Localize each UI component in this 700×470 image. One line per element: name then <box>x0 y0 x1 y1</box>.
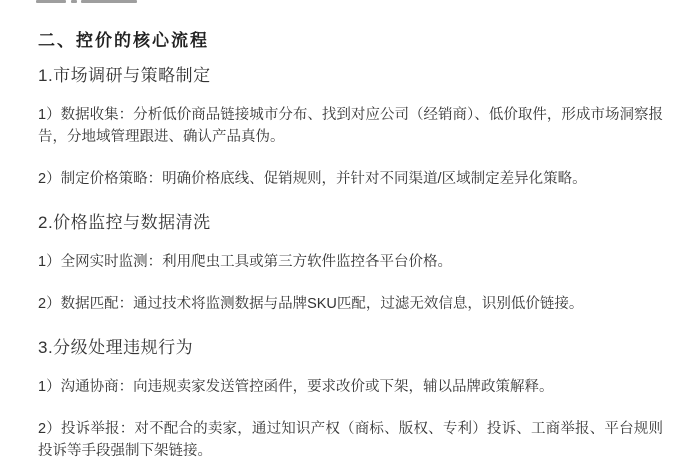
subsection-title-price-monitoring: 2.价格监控与数据清洗 <box>38 212 663 234</box>
subsection-title-market-research: 1.市场调研与策略制定 <box>38 65 663 87</box>
clipped-glyph-fragment <box>71 0 77 3</box>
list-item-realtime-monitoring: 1）全网实时监测：利用爬虫工具或第三方软件监控各平台价格。 <box>38 252 663 274</box>
list-item-pricing-strategy: 2）制定价格策略：明确价格底线、促销规则，并针对不同渠道/区域制定差异化策略。 <box>38 169 663 191</box>
section-heading: 二、控价的核心流程 <box>38 30 663 52</box>
list-item-data-collection: 1）数据收集：分析低价商品链接城市分布、找到对应公司（经销商）、低价取件，形成市… <box>38 105 663 148</box>
subsection-title-violation-handling: 3.分级处理违规行为 <box>38 337 663 359</box>
list-item-complaint-report: 2）投诉举报：对不配合的卖家，通过知识产权（商标、版权、专利）投诉、工商举报、平… <box>38 419 663 462</box>
clipped-glyph-fragment <box>36 0 66 3</box>
list-item-communication-negotiation: 1）沟通协商：向违规卖家发送管控函件，要求改价或下架，辅以品牌政策解释。 <box>38 377 663 399</box>
list-item-data-matching: 2）数据匹配：通过技术将监测数据与品牌SKU匹配，过滤无效信息，识别低价链接。 <box>38 294 663 316</box>
clipped-text-remnant <box>0 0 700 4</box>
article-body: 二、控价的核心流程 1.市场调研与策略制定 1）数据收集：分析低价商品链接城市分… <box>0 0 700 470</box>
clipped-glyph-fragment <box>81 0 137 3</box>
